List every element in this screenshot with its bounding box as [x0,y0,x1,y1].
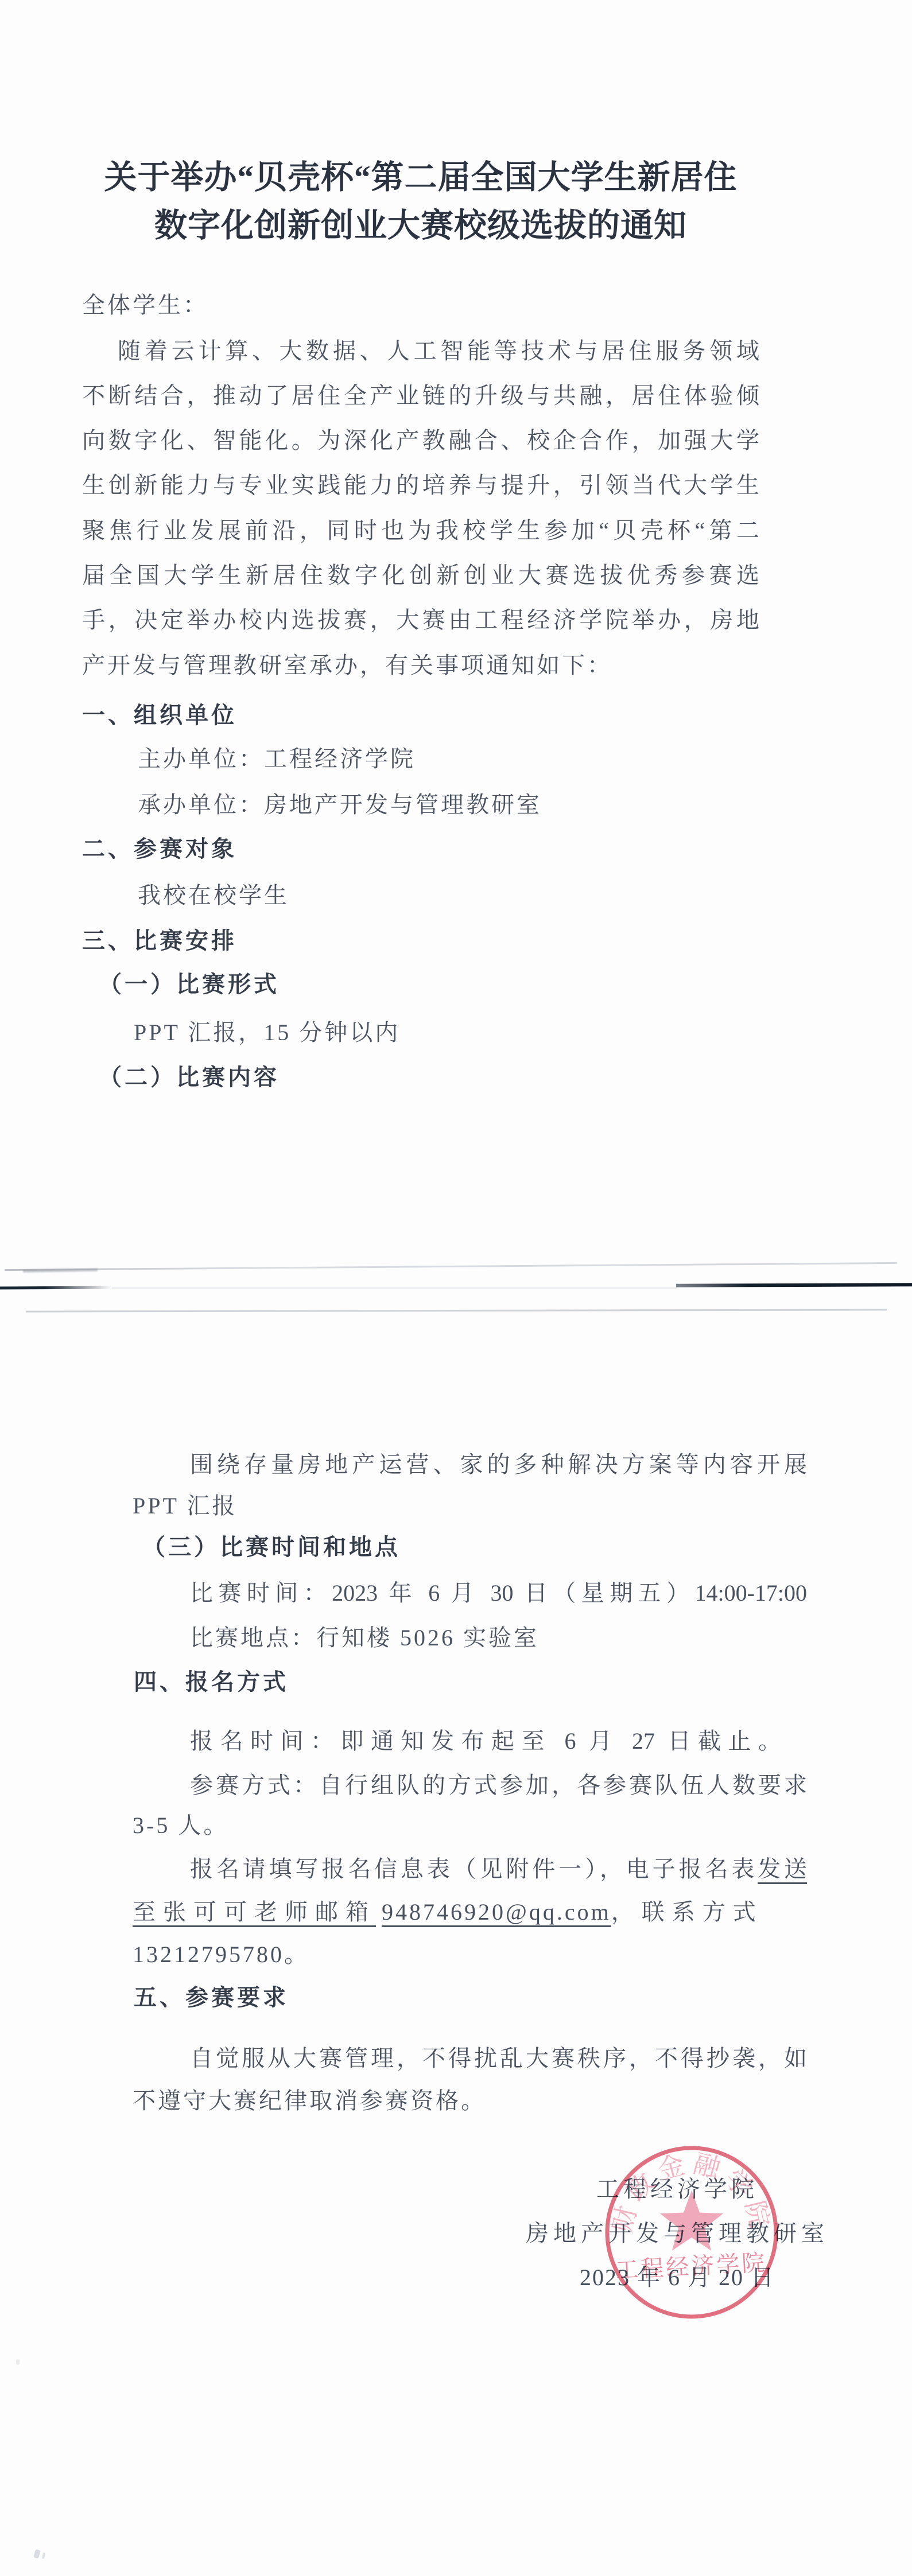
registration-email-line: 至张可可老师邮箱948746920@qq.com，联系方式 [133,1898,763,1926]
scan-speck [16,2359,20,2365]
registration-form-line: 报名请填写报名信息表（见附件一），电子报名表发送 [190,1855,807,1883]
rules-line: 自觉服从大赛管理，不得扰乱大赛秩序，不得抄袭，如 [190,2045,807,2072]
notice-title-line2: 数字化创新创业大赛校级选拔的通知 [82,202,759,250]
scan-speck [42,2552,45,2559]
registration-time-line: 报名时间：即通知发布起至 6 月 27 日截止。 [190,1727,781,1755]
intro-paragraph-line: 生创新能力与专业实践能力的培养与提升，引领当代大学生 [82,472,759,499]
registration-team-line: 3-5 人。 [133,1812,228,1839]
phone-number-line: 13212795780。 [133,1941,309,1968]
section-heading-4: 四、报名方式 [134,1668,289,1696]
registration-form-text: 报名请填写报名信息表（见附件一），电子报名表 [190,1856,758,1882]
section-heading-5: 五、参赛要求 [134,1984,289,2011]
salutation: 全体学生： [82,291,208,319]
section-subheading-3-2: （二）比赛内容 [99,1064,280,1091]
page-seam-line-2 [26,1309,887,1312]
content-line: 围绕存量房地产运营、家的多种解决方案等内容开展 [190,1451,807,1478]
intro-paragraph-line: 手，决定举办校内选拔赛，大赛由工程经济学院举办，房地 [82,606,759,634]
email-label-underlined: 至张可可老师邮箱 [133,1899,376,1925]
scanned-notice-document: 关于举办“贝壳杯“第二届全国大学生新居住 数字化创新创业大赛校级选拔的通知 全体… [0,0,912,2576]
content-line: PPT 汇报 [133,1492,237,1520]
notice-title: 关于举办“贝壳杯“第二届全国大学生新居住 数字化创新创业大赛校级选拔的通知 [82,154,759,250]
stamp-org-text: 工程经济学院 [615,2250,767,2283]
page-seam-line [5,1262,897,1271]
intro-paragraph-line: 随着云计算、大数据、人工智能等技术与居住服务领域 [118,337,759,365]
time-line: 比赛时间：2023 年 6 月 30 日（星期五）14:00-17:00 [190,1579,807,1607]
rules-line: 不遵守大赛纪律取消参赛资格。 [133,2087,486,2115]
page-seam-smudge [23,1268,98,1273]
official-seal-stamp: 财政金融学院 工程经济学院 [603,2143,781,2321]
section-heading-2: 二、参赛对象 [82,835,237,863]
page-seam-dark-left [0,1286,112,1289]
section-subheading-3-1: （一）比赛形式 [99,971,280,998]
intro-paragraph-line: 不断结合，推动了居住全产业链的升级与共融，居住体验倾 [82,382,759,410]
registration-team-line: 参赛方式：自行组队的方式参加，各参赛队伍人数要求 [190,1772,807,1799]
intro-paragraph-line: 聚焦行业发展前沿，同时也为我校学生参加“贝壳杯“第二 [82,517,759,544]
host-unit-line: 主办单位：工程经济学院 [138,745,416,773]
intro-paragraph-line: 产开发与管理教研室承办，有关事项通知如下： [82,652,612,679]
email-address-underlined: 948746920@qq.com [382,1899,611,1925]
registration-form-underlined-text: 发送 [758,1856,807,1882]
intro-paragraph-line: 向数字化、智能化。为深化产教融合、校企合作，加强大学 [82,427,759,454]
notice-title-line1: 关于举办“贝壳杯“第二届全国大学生新居住 [82,154,759,202]
place-line: 比赛地点：行知楼 5026 实验室 [190,1624,539,1652]
stamp-star-icon [660,2190,723,2251]
section-heading-3: 三、比赛安排 [82,927,237,955]
section-subheading-3-3: （三）比赛时间和地点 [142,1534,401,1561]
eligibility-line: 我校在校学生 [138,882,289,909]
format-line: PPT 汇报，15 分钟以内 [134,1019,400,1046]
organizer-unit-line: 承办单位：房地产开发与管理教研室 [138,791,542,819]
section-heading-1: 一、组织单位 [82,702,237,729]
scan-speck [33,2549,41,2559]
page-seam-faint-middle [112,1287,677,1289]
page-seam-dark-right [676,1283,912,1287]
intro-paragraph-line: 届全国大学生新居住数字化创新创业大赛选拔优秀参赛选 [82,562,759,589]
contact-label: ，联系方式 [611,1899,763,1925]
